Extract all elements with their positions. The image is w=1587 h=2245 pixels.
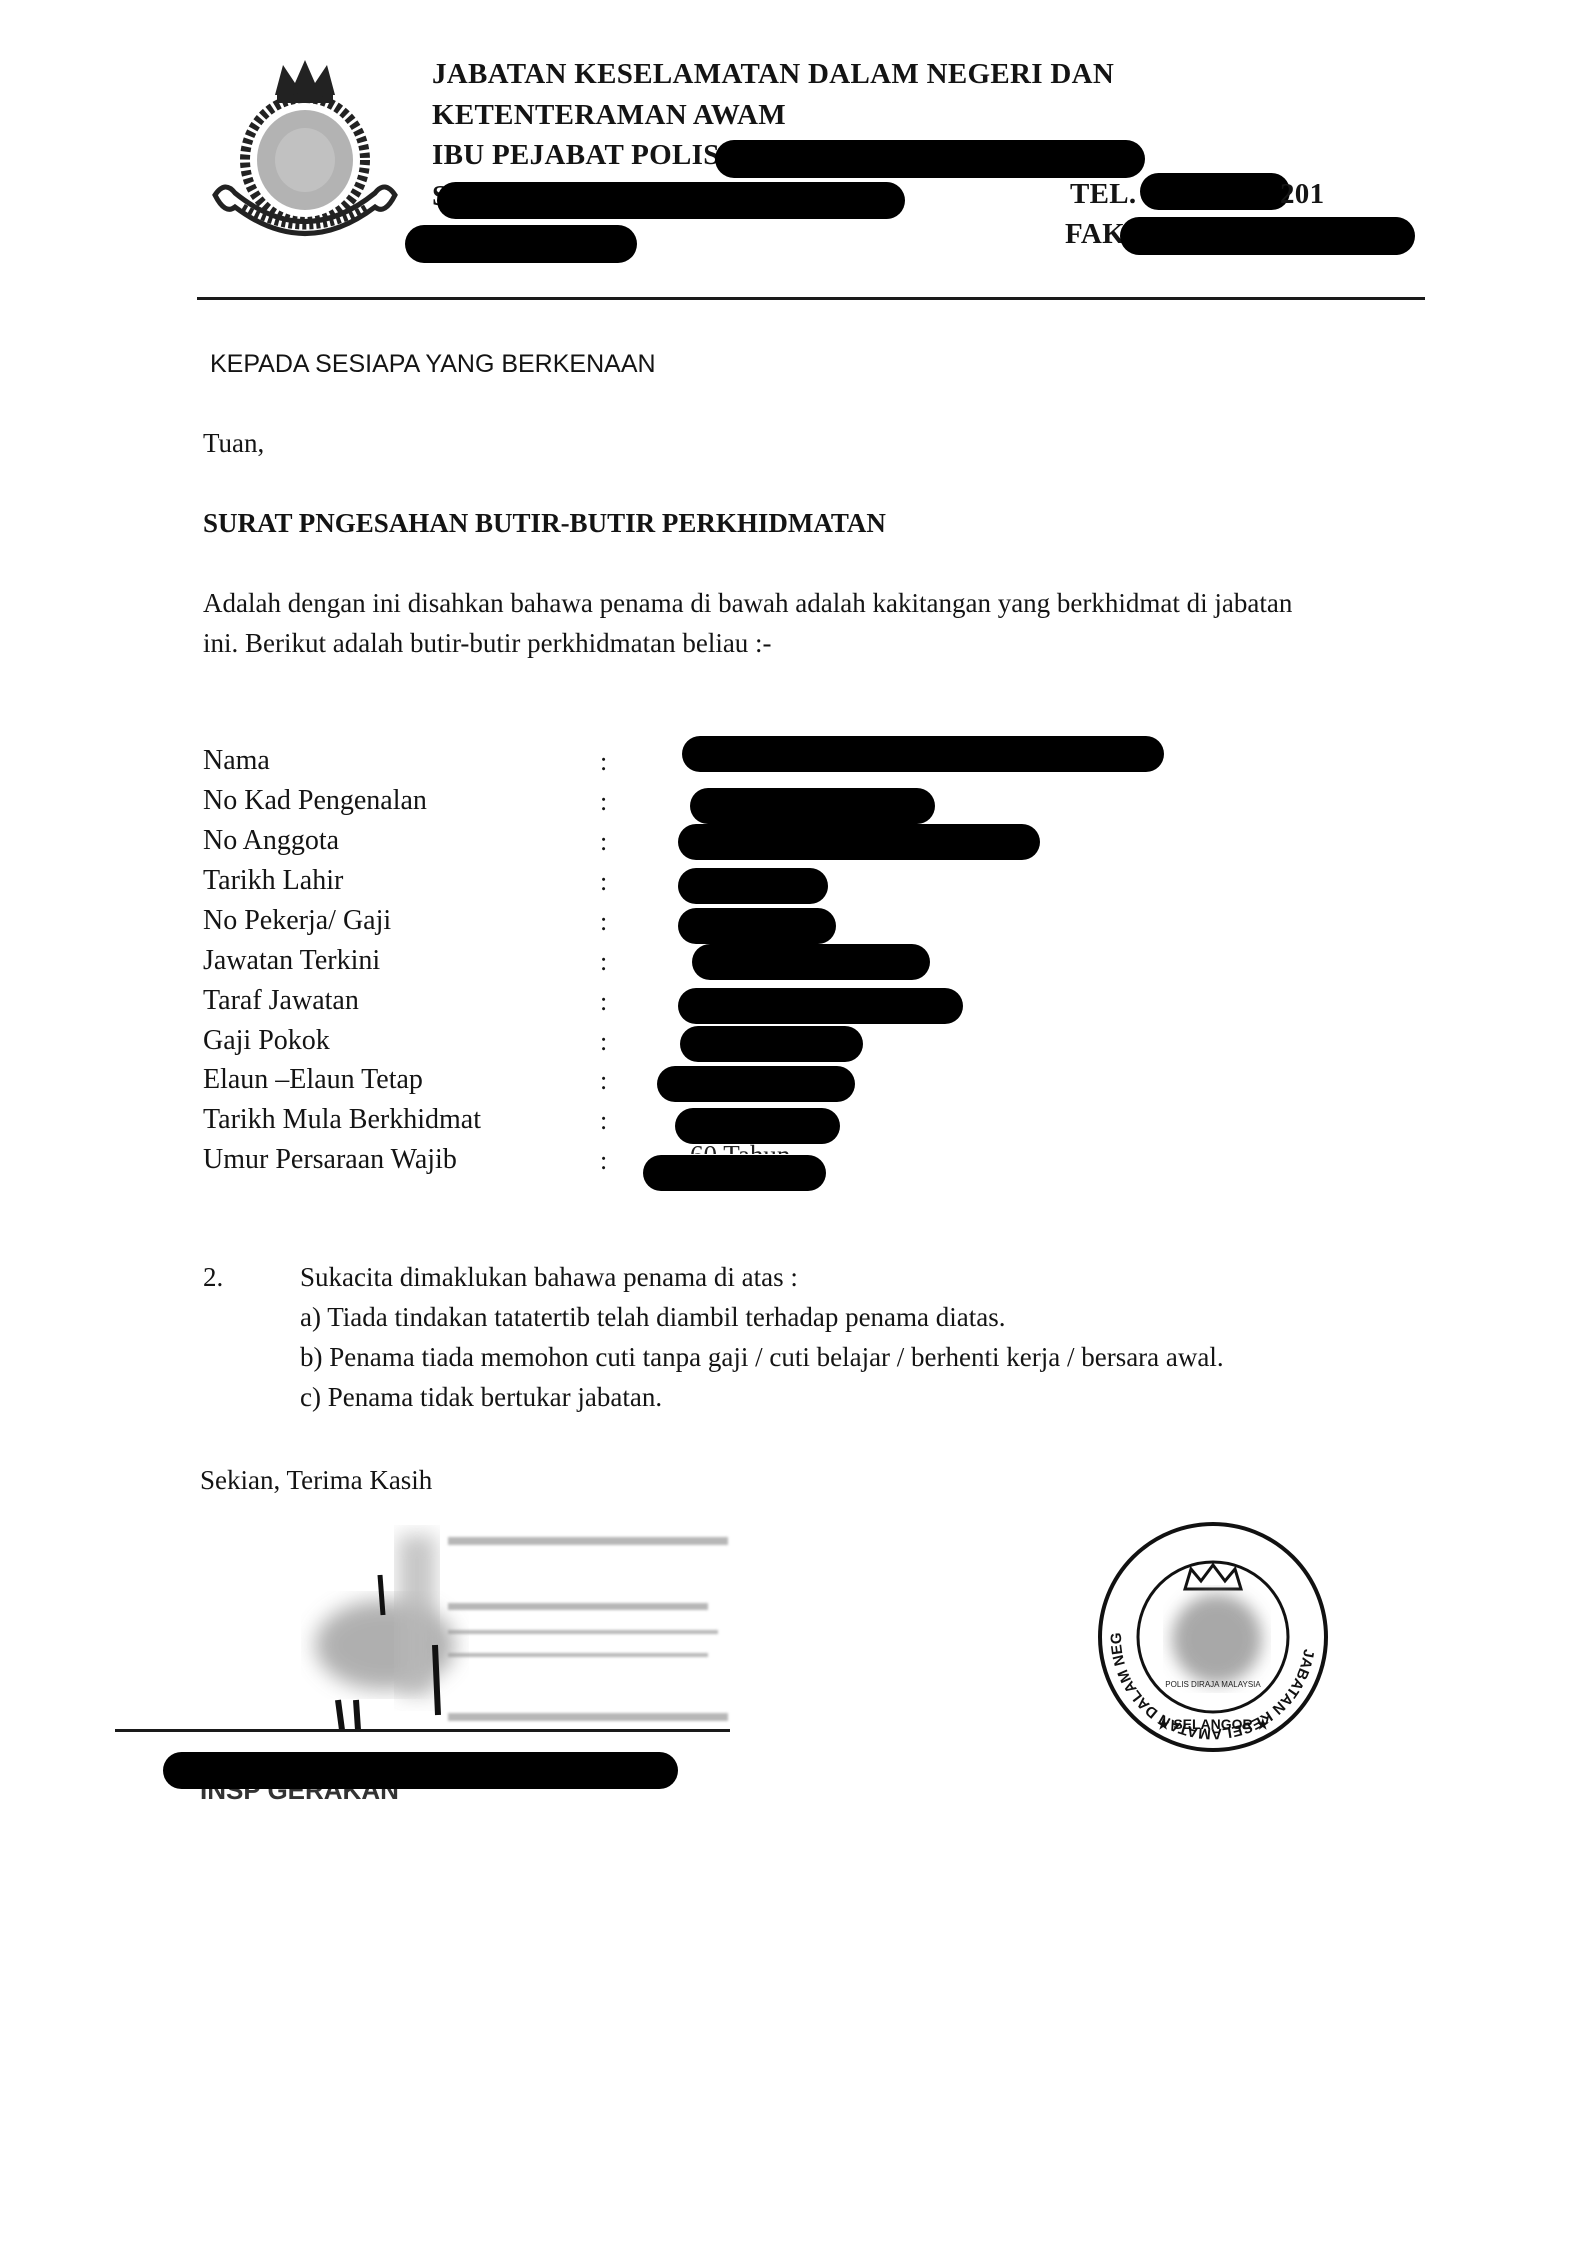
redaction-bar — [405, 225, 637, 263]
section2-item-a: a) Tiada tindakan tatatertib telah diamb… — [300, 1302, 1006, 1333]
detail-label: Gaji Pokok — [203, 1025, 330, 1057]
closing-line: Sekian, Terima Kasih — [200, 1465, 432, 1496]
detail-label: Taraf Jawatan — [203, 985, 359, 1017]
stamp-inner-text: POLIS DIRAJA MALAYSIA — [1165, 1680, 1261, 1689]
salutation: Tuan, — [203, 428, 264, 459]
redaction-bar — [657, 1066, 855, 1102]
detail-label: Umur Persaraan Wajib — [203, 1144, 457, 1176]
detail-separator: : — [600, 787, 607, 817]
detail-label: Elaun –Elaun Tetap — [203, 1064, 423, 1096]
detail-label: Nama — [203, 745, 270, 777]
detail-label: No Pekerja/ Gaji — [203, 905, 391, 937]
redaction-bar — [678, 868, 828, 904]
detail-separator: : — [600, 867, 607, 897]
detail-label: Tarikh Mula Berkhidmat — [203, 1104, 481, 1136]
detail-separator: : — [600, 1066, 607, 1096]
signature-line — [115, 1729, 730, 1732]
detail-separator: : — [600, 907, 607, 937]
fax-label: FAK — [1065, 218, 1125, 251]
detail-label: Tarikh Lahir — [203, 865, 343, 897]
detail-label: Jawatan Terkini — [203, 945, 380, 977]
detail-separator: : — [600, 747, 607, 777]
section2-number: 2. — [203, 1262, 223, 1293]
tel-number-suffix: 201 — [1280, 178, 1324, 211]
redaction-bar — [437, 182, 905, 219]
org-name-line2: KETENTERAMAN AWAM — [432, 99, 786, 132]
redaction-bar — [678, 824, 1040, 860]
org-address-line1: IBU PEJABAT POLIS — [432, 139, 720, 172]
redaction-bar — [682, 736, 1164, 772]
official-stamp-icon: JABATAN KESELAMATAN DALAM NEGERI DAN KET… — [1093, 1517, 1333, 1757]
header-divider — [197, 297, 1425, 300]
detail-separator: : — [600, 1027, 607, 1057]
section2-item-c: c) Penama tidak bertukar jabatan. — [300, 1382, 662, 1413]
letter-title: SURAT PNGESAHAN BUTIR-BUTIR PERKHIDMATAN — [203, 508, 886, 539]
police-crest-icon — [205, 55, 405, 250]
recipient-line: KEPADA SESIAPA YANG BERKENAAN — [210, 350, 656, 379]
redaction-bar — [1140, 173, 1290, 210]
signature-image — [280, 1525, 740, 1735]
redaction-bar — [163, 1752, 678, 1789]
stamp-bottom-text: ★ SELANGOR ★ — [1157, 1716, 1270, 1732]
detail-separator: : — [600, 1146, 607, 1176]
org-name-line1: JABATAN KESELAMATAN DALAM NEGERI DAN — [432, 58, 1114, 91]
redaction-bar — [690, 788, 935, 824]
redaction-bar — [692, 944, 930, 980]
redaction-bar — [715, 140, 1145, 178]
intro-line2: ini. Berikut adalah butir-butir perkhidm… — [203, 628, 772, 659]
intro-line1: Adalah dengan ini disahkan bahawa penama… — [203, 588, 1292, 619]
detail-separator: : — [600, 827, 607, 857]
detail-label: No Anggota — [203, 825, 339, 857]
detail-separator: : — [600, 947, 607, 977]
detail-label: No Kad Pengenalan — [203, 785, 427, 817]
redaction-bar — [680, 1026, 863, 1062]
redaction-bar — [678, 988, 963, 1024]
section2-item-b: b) Penama tiada memohon cuti tanpa gaji … — [300, 1342, 1224, 1373]
tel-label: TEL. — [1070, 178, 1136, 211]
redaction-bar — [675, 1108, 840, 1144]
redaction-bar — [678, 908, 836, 944]
redaction-bar — [1120, 217, 1415, 255]
redaction-bar — [643, 1155, 826, 1191]
section2-lead: Sukacita dimaklukan bahawa penama di ata… — [300, 1262, 798, 1293]
detail-separator: : — [600, 1106, 607, 1136]
detail-separator: : — [600, 987, 607, 1017]
